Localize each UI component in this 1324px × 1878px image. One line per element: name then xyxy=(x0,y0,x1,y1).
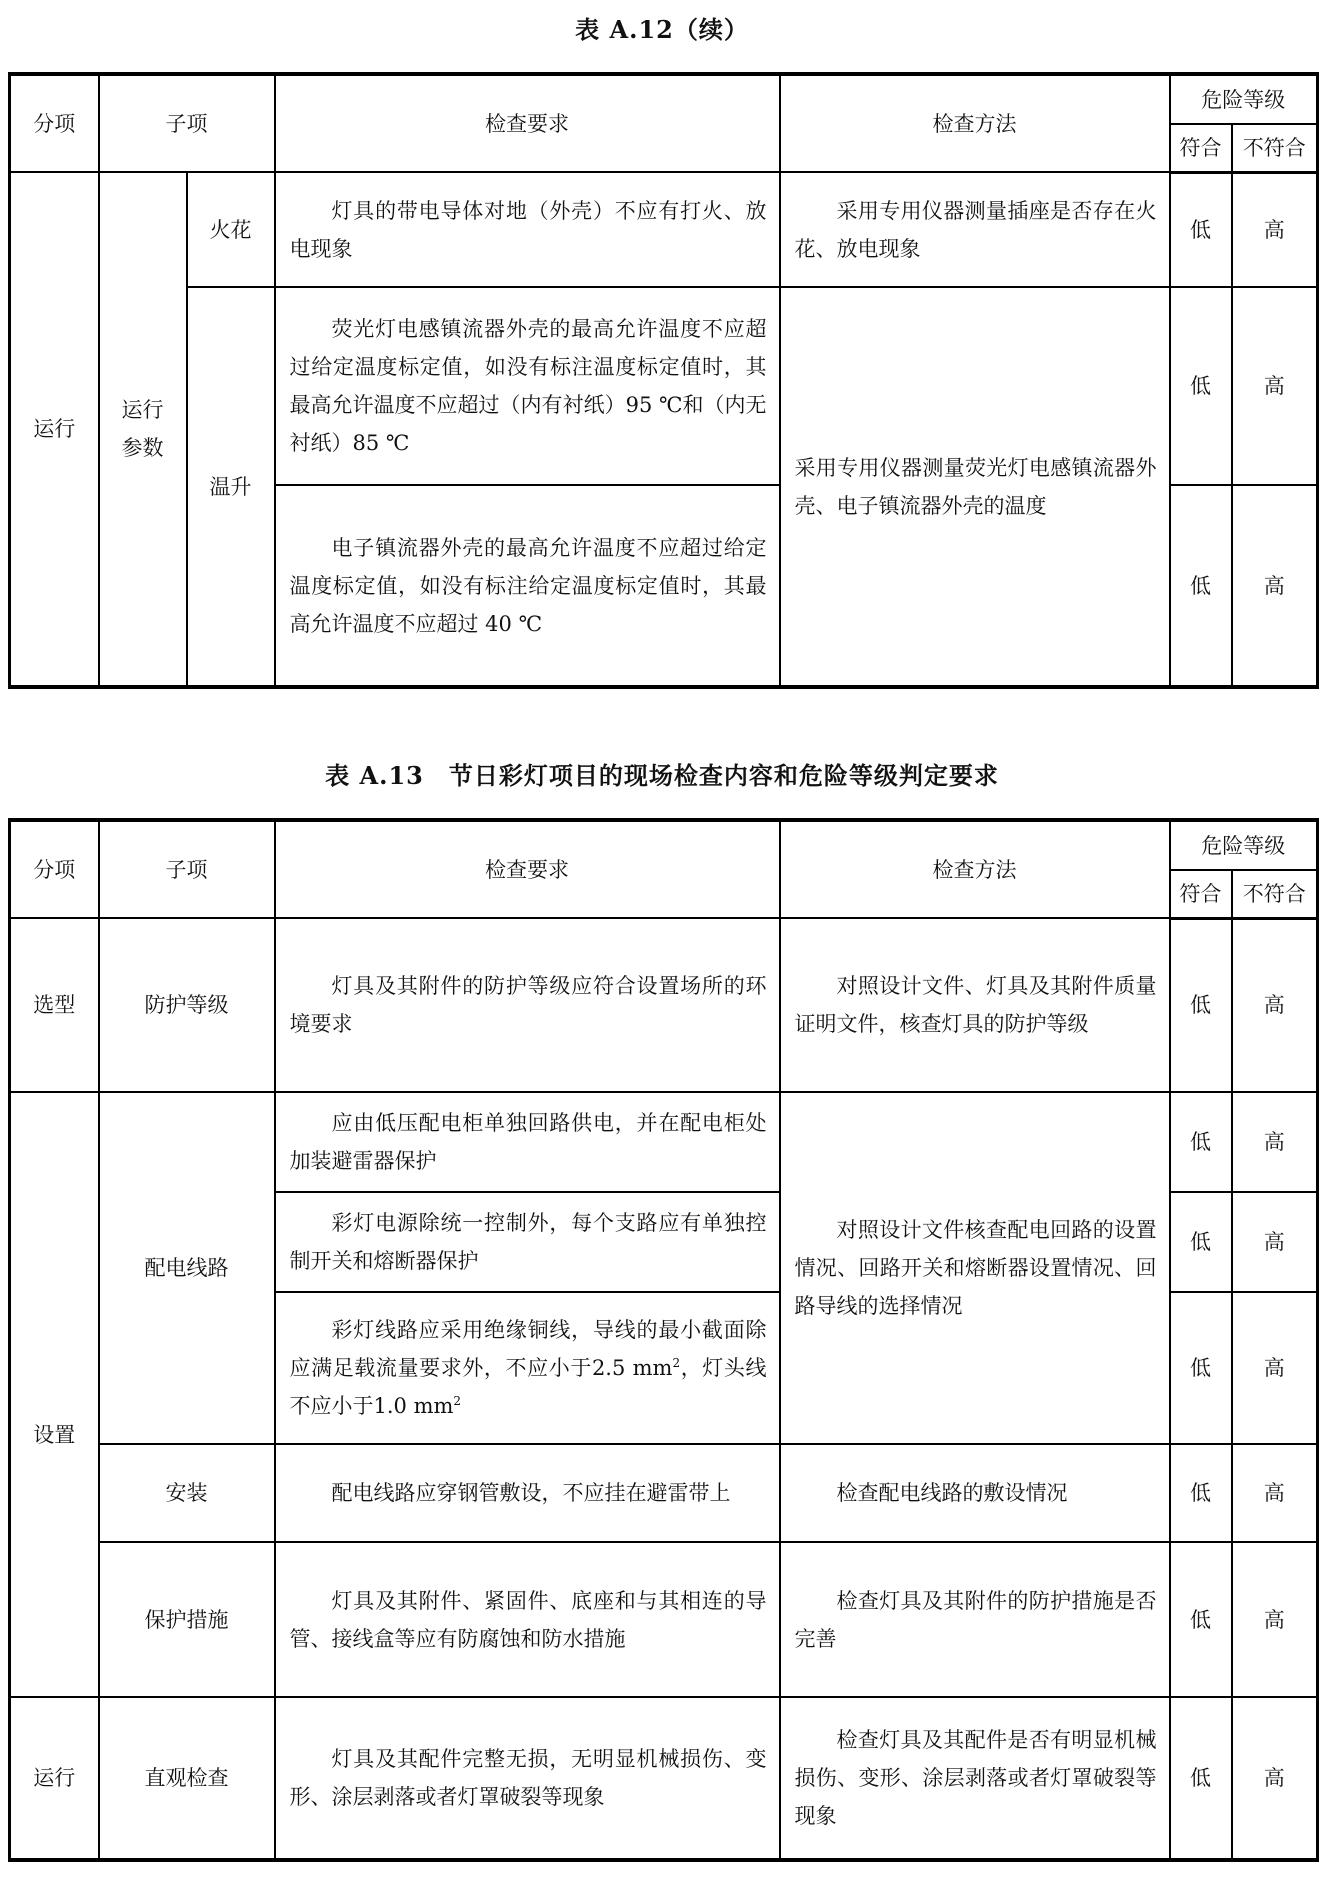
conform-cell: 低 xyxy=(1170,1092,1232,1192)
requirement-cell: 彩灯电源除统一控制外，每个支路应有单独控制开关和熔断器保护 xyxy=(275,1192,780,1292)
header-conform: 符合 xyxy=(1170,124,1232,172)
category-cell: 选型 xyxy=(10,918,99,1092)
nonconform-cell: 高 xyxy=(1232,1292,1318,1444)
requirement-text: 彩灯线路应采用绝缘铜线，导线的最小截面除应满足载流量要求外，不应小于2.5 mm… xyxy=(290,1311,767,1425)
header-category: 分项 xyxy=(10,74,99,172)
method-cell: 对照设计文件、灯具及其附件质量证明文件，核查灯具的防护等级 xyxy=(780,918,1170,1092)
conform-cell: 低 xyxy=(1170,1542,1232,1697)
requirement-text: 配电线路应穿钢管敷设，不应挂在避雷带上 xyxy=(290,1474,767,1512)
nonconform-cell: 高 xyxy=(1232,1192,1318,1292)
requirement-text: 彩灯电源除统一控制外，每个支路应有单独控制开关和熔断器保护 xyxy=(290,1204,767,1280)
nonconform-cell: 高 xyxy=(1232,1542,1318,1697)
conform-cell: 低 xyxy=(1170,1292,1232,1444)
nonconform-cell: 高 xyxy=(1232,1092,1318,1192)
table-a13: 分项 子项 检查要求 检查方法 危险等级 符合 不符合 选型 防护等级 灯具及其… xyxy=(8,818,1319,1862)
method-text: 对照设计文件、灯具及其附件质量证明文件，核查灯具的防护等级 xyxy=(795,967,1157,1043)
requirement-cell: 应由低压配电柜单独回路供电，并在配电柜处加装避雷器保护 xyxy=(275,1092,780,1192)
header-requirement: 检查要求 xyxy=(275,74,780,172)
subitem-cell: 直观检查 xyxy=(99,1697,275,1860)
nonconform-cell: 高 xyxy=(1232,1444,1318,1542)
requirement-text: 灯具及其附件、紧固件、底座和与其相连的导管、接线盒等应有防腐蚀和防水措施 xyxy=(290,1582,767,1658)
header-conform: 符合 xyxy=(1170,870,1232,918)
conform-cell: 低 xyxy=(1170,172,1232,287)
superscript: 2 xyxy=(453,1394,461,1408)
subitem-cell: 配电线路 xyxy=(99,1092,275,1444)
method-cell: 采用专用仪器测量荧光灯电感镇流器外壳、电子镇流器外壳的温度 xyxy=(780,287,1170,687)
table-row: 保护措施 灯具及其附件、紧固件、底座和与其相连的导管、接线盒等应有防腐蚀和防水措… xyxy=(10,1542,1318,1697)
category-cell: 运行 xyxy=(10,1697,99,1860)
requirement-cell: 灯具及其配件完整无损，无明显机械损伤、变形、涂层剥落或者灯罩破裂等现象 xyxy=(275,1697,780,1860)
requirement-cell: 荧光灯电感镇流器外壳的最高允许温度不应超过给定温度标定值，如没有标注温度标定值时… xyxy=(275,287,780,485)
method-text: 检查灯具及其配件是否有明显机械损伤、变形、涂层剥落或者灯罩破裂等现象 xyxy=(795,1721,1157,1835)
method-cell: 检查配电线路的敷设情况 xyxy=(780,1444,1170,1542)
table-a13-title: 表 A.13 节日彩灯项目的现场检查内容和危险等级判定要求 xyxy=(0,756,1324,791)
method-cell: 检查灯具及其附件的防护措施是否完善 xyxy=(780,1542,1170,1697)
header-nonconform: 不符合 xyxy=(1232,124,1318,172)
conform-cell: 低 xyxy=(1170,1444,1232,1542)
category-cell: 设置 xyxy=(10,1092,99,1697)
superscript: 2 xyxy=(672,1356,680,1370)
method-cell: 检查灯具及其配件是否有明显机械损伤、变形、涂层剥落或者灯罩破裂等现象 xyxy=(780,1697,1170,1860)
nonconform-cell: 高 xyxy=(1232,172,1318,287)
requirement-cell: 灯具及其附件、紧固件、底座和与其相连的导管、接线盒等应有防腐蚀和防水措施 xyxy=(275,1542,780,1697)
header-risk-level: 危险等级 xyxy=(1170,820,1318,870)
requirement-cell: 灯具的带电导体对地（外壳）不应有打火、放电现象 xyxy=(275,172,780,287)
table-row: 选型 防护等级 灯具及其附件的防护等级应符合设置场所的环境要求 对照设计文件、灯… xyxy=(10,918,1318,1092)
header-subitem: 子项 xyxy=(99,820,275,918)
requirement-text: 电子镇流器外壳的最高允许温度不应超过给定温度标定值，如没有标注给定温度标定值时，… xyxy=(290,529,767,643)
header-method: 检查方法 xyxy=(780,74,1170,172)
method-text: 检查配电线路的敷设情况 xyxy=(795,1474,1157,1512)
requirement-cell: 电子镇流器外壳的最高允许温度不应超过给定温度标定值，如没有标注给定温度标定值时，… xyxy=(275,485,780,687)
subitem-cell: 保护措施 xyxy=(99,1542,275,1697)
header-nonconform: 不符合 xyxy=(1232,870,1318,918)
nonconform-cell: 高 xyxy=(1232,485,1318,687)
header-category: 分项 xyxy=(10,820,99,918)
table-row: 设置 配电线路 应由低压配电柜单独回路供电，并在配电柜处加装避雷器保护 对照设计… xyxy=(10,1092,1318,1192)
table-row: 运行 运行参数 火花 灯具的带电导体对地（外壳）不应有打火、放电现象 采用专用仪… xyxy=(10,172,1318,287)
subitem-cell: 防护等级 xyxy=(99,918,275,1092)
requirement-cell: 彩灯线路应采用绝缘铜线，导线的最小截面除应满足载流量要求外，不应小于2.5 mm… xyxy=(275,1292,780,1444)
requirement-text: 应由低压配电柜单独回路供电，并在配电柜处加装避雷器保护 xyxy=(290,1104,767,1180)
subitem-cell: 运行参数 xyxy=(99,172,187,687)
nonconform-cell: 高 xyxy=(1232,287,1318,485)
table-row: 安装 配电线路应穿钢管敷设，不应挂在避雷带上 检查配电线路的敷设情况 低 高 xyxy=(10,1444,1318,1542)
table-a12-title: 表 A.12（续） xyxy=(0,10,1324,45)
nonconform-cell: 高 xyxy=(1232,918,1318,1092)
subitem-text: 运行参数 xyxy=(119,391,167,467)
table-a12: 分项 子项 检查要求 检查方法 危险等级 符合 不符合 运行 运行参数 火花 灯… xyxy=(8,72,1319,689)
requirement-text: 灯具的带电导体对地（外壳）不应有打火、放电现象 xyxy=(290,192,767,268)
requirement-text: 灯具及其配件完整无损，无明显机械损伤、变形、涂层剥落或者灯罩破裂等现象 xyxy=(290,1740,767,1816)
subitem-cell: 安装 xyxy=(99,1444,275,1542)
conform-cell: 低 xyxy=(1170,485,1232,687)
method-text: 采用专用仪器测量荧光灯电感镇流器外壳、电子镇流器外壳的温度 xyxy=(795,449,1157,525)
sub2-cell: 火花 xyxy=(187,172,275,287)
method-cell: 采用专用仪器测量插座是否存在火花、放电现象 xyxy=(780,172,1170,287)
conform-cell: 低 xyxy=(1170,918,1232,1092)
header-subitem: 子项 xyxy=(99,74,275,172)
method-text: 检查灯具及其附件的防护措施是否完善 xyxy=(795,1582,1157,1658)
method-text: 对照设计文件核查配电回路的设置情况、回路开关和熔断器设置情况、回路导线的选择情况 xyxy=(795,1211,1157,1325)
conform-cell: 低 xyxy=(1170,1192,1232,1292)
table-row: 运行 直观检查 灯具及其配件完整无损，无明显机械损伤、变形、涂层剥落或者灯罩破裂… xyxy=(10,1697,1318,1860)
requirement-text: 荧光灯电感镇流器外壳的最高允许温度不应超过给定温度标定值，如没有标注温度标定值时… xyxy=(290,310,767,462)
header-requirement: 检查要求 xyxy=(275,820,780,918)
method-text: 采用专用仪器测量插座是否存在火花、放电现象 xyxy=(795,192,1157,268)
conform-cell: 低 xyxy=(1170,1697,1232,1860)
method-cell: 对照设计文件核查配电回路的设置情况、回路开关和熔断器设置情况、回路导线的选择情况 xyxy=(780,1092,1170,1444)
category-cell: 运行 xyxy=(10,172,99,687)
header-method: 检查方法 xyxy=(780,820,1170,918)
table-row: 温升 荧光灯电感镇流器外壳的最高允许温度不应超过给定温度标定值，如没有标注温度标… xyxy=(10,287,1318,485)
requirement-cell: 配电线路应穿钢管敷设，不应挂在避雷带上 xyxy=(275,1444,780,1542)
nonconform-cell: 高 xyxy=(1232,1697,1318,1860)
sub2-cell: 温升 xyxy=(187,287,275,687)
header-risk-level: 危险等级 xyxy=(1170,74,1318,124)
conform-cell: 低 xyxy=(1170,287,1232,485)
requirement-text: 灯具及其附件的防护等级应符合设置场所的环境要求 xyxy=(290,967,767,1043)
requirement-cell: 灯具及其附件的防护等级应符合设置场所的环境要求 xyxy=(275,918,780,1092)
